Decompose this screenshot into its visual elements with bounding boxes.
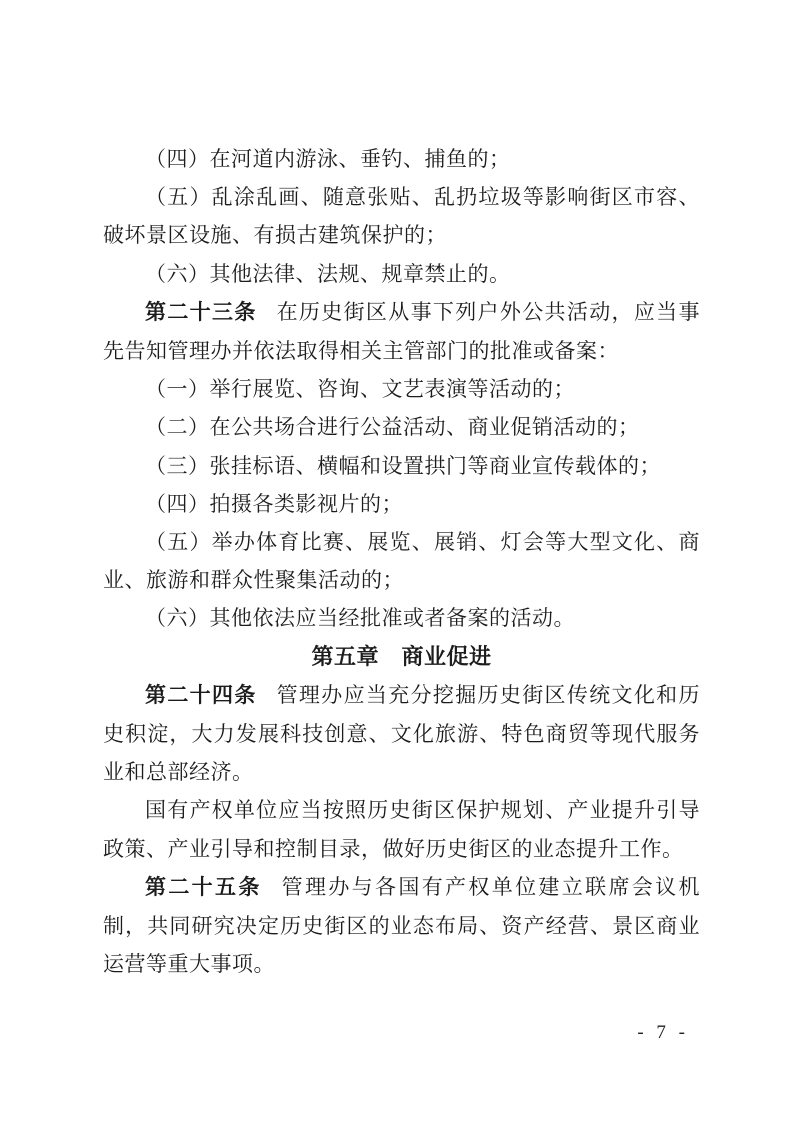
list-item: （三）张挂标语、横幅和设置拱门等商业宣传载体的；: [103, 447, 700, 485]
article-paragraph: 第二十五条管理办与各国有产权单位建立联席会议机制，共同研究决定历史街区的业态布局…: [103, 868, 700, 984]
chapter-heading: 第五章 商业促进: [103, 638, 700, 676]
list-item: （六）其他法律、法规、规章禁止的。: [103, 255, 700, 293]
document-body: （四）在河道内游泳、垂钓、捕鱼的； （五）乱涂乱画、随意张贴、乱扔垃圾等影响街区…: [103, 140, 700, 983]
list-item: （二）在公共场合进行公益活动、商业促销活动的；: [103, 408, 700, 446]
page-number: - 7 -: [637, 1022, 689, 1044]
list-item: （五）乱涂乱画、随意张贴、乱扔垃圾等影响街区市容、破坏景区设施、有损古建筑保护的…: [103, 178, 700, 254]
body-paragraph: 国有产权单位应当按照历史街区保护规划、产业提升引导政策、产业引导和控制目录，做好…: [103, 791, 700, 867]
list-item: （六）其他依法应当经批准或者备案的活动。: [103, 599, 700, 637]
list-item: （五）举办体育比赛、展览、展销、灯会等大型文化、商业、旅游和群众性聚集活动的；: [103, 523, 700, 599]
article-paragraph: 第二十三条在历史街区从事下列户外公共活动，应当事先告知管理办并依法取得相关主管部…: [103, 293, 700, 370]
article-paragraph: 第二十四条管理办应当充分挖掘历史街区传统文化和历史积淀，大力发展科技创意、文化旅…: [103, 676, 700, 792]
article-number: 第二十三条: [145, 301, 257, 324]
list-item: （四）在河道内游泳、垂钓、捕鱼的；: [103, 140, 700, 178]
article-number: 第二十五条: [145, 876, 262, 899]
article-number: 第二十四条: [145, 684, 257, 707]
document-page: （四）在河道内游泳、垂钓、捕鱼的； （五）乱涂乱画、随意张贴、乱扔垃圾等影响街区…: [0, 0, 793, 1122]
list-item: （四）拍摄各类影视片的；: [103, 485, 700, 523]
list-item: （一）举行展览、咨询、文艺表演等活动的；: [103, 370, 700, 408]
